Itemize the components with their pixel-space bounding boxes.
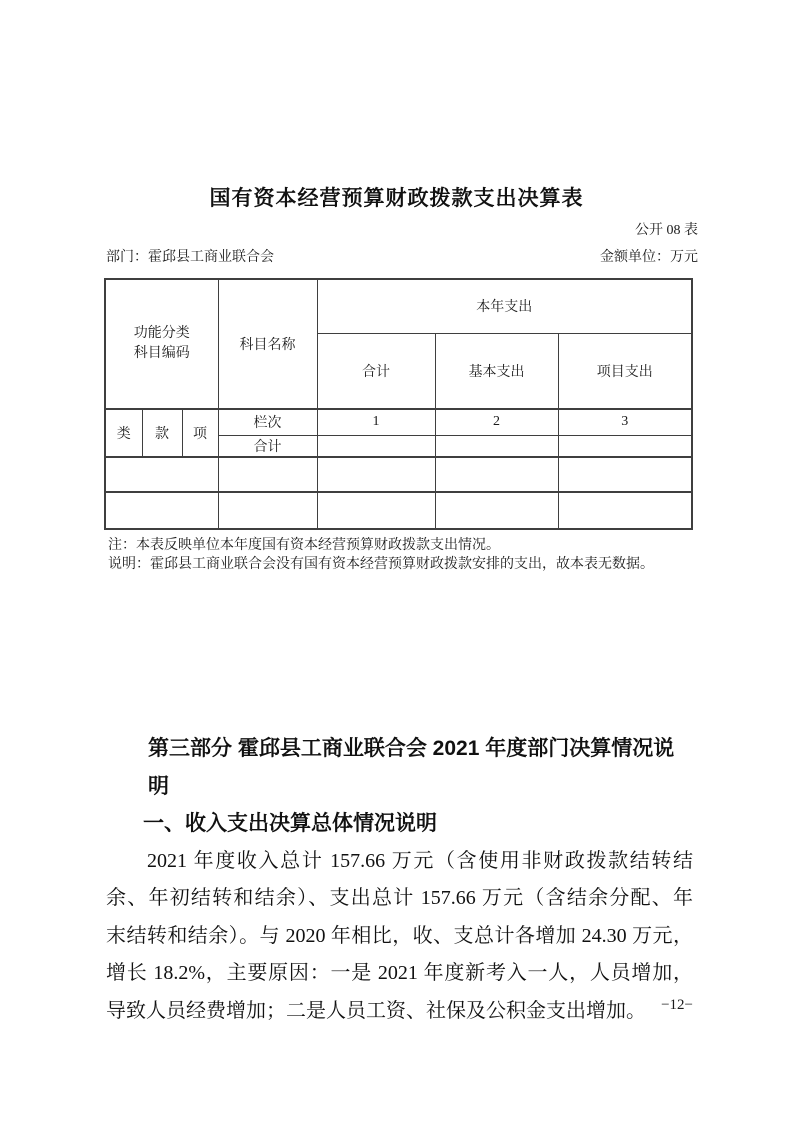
header-func-code: 功能分类 科目编码 xyxy=(105,279,218,409)
header-func-code-line2: 科目编码 xyxy=(106,344,218,364)
total-row-total-value xyxy=(317,435,435,457)
header-section: 款 xyxy=(142,409,182,457)
table-note: 注：本表反映单位本年度国有资本经营预算财政拨款支出情况。 xyxy=(108,536,500,555)
page-number: −12− xyxy=(661,995,693,1015)
paragraph-line: 增长 18.2%，主要原因：一是 2021 年度新考入一人，人员增加， xyxy=(106,955,693,993)
paragraph-line: 余、年初结转和结余）、支出总计 157.66 万元（含结余分配、年 xyxy=(106,880,693,918)
department-label: 部门：霍邱县工商业联合会 xyxy=(106,249,274,267)
column-index-label: 栏次 xyxy=(218,409,317,435)
header-func-code-line1: 功能分类 xyxy=(106,324,218,344)
expenditure-table: 功能分类 科目编码 科目名称 本年支出 合计 基本支出 项目支出 类 款 项 栏… xyxy=(104,278,693,530)
public-table-code: 公开 08 表 xyxy=(635,222,698,240)
amount-unit-label: 金额单位：万元 xyxy=(600,249,698,267)
page-title: 国有资本经营预算财政拨款支出决算表 xyxy=(0,185,793,213)
table-cell-empty xyxy=(218,492,317,529)
paragraph-line: 导致人员经费增加；二是人员工资、社保及公积金支出增加。 xyxy=(106,993,693,1031)
table-cell-empty xyxy=(558,457,692,492)
total-row-label: 合计 xyxy=(218,435,317,457)
total-row-basic-value xyxy=(435,435,558,457)
section-heading-part3: 第三部分 霍邱县工商业联合会 2021 年度部门决算情况说明 xyxy=(148,730,693,805)
table-cell-empty xyxy=(435,492,558,529)
document-page: 国有资本经营预算财政拨款支出决算表 公开 08 表 部门：霍邱县工商业联合会 金… xyxy=(0,0,793,1122)
budget-table: 功能分类 科目编码 科目名称 本年支出 合计 基本支出 项目支出 类 款 项 栏… xyxy=(104,278,693,530)
header-subject-name: 科目名称 xyxy=(218,279,317,409)
table-cell-empty xyxy=(558,492,692,529)
header-class: 类 xyxy=(105,409,142,457)
header-project-expenditure: 项目支出 xyxy=(558,333,692,409)
table-cell-empty xyxy=(105,457,218,492)
header-total: 合计 xyxy=(317,333,435,409)
narrative-section: 第三部分 霍邱县工商业联合会 2021 年度部门决算情况说明 一、收入支出决算总… xyxy=(106,730,693,1030)
table-explanation: 说明：霍邱县工商业联合会没有国有资本经营预算财政拨款安排的支出，故本表无数据。 xyxy=(108,555,654,574)
header-item: 项 xyxy=(182,409,218,457)
table-cell-empty xyxy=(317,457,435,492)
table-cell-empty xyxy=(317,492,435,529)
column-index-1: 1 xyxy=(317,409,435,435)
header-basic-expenditure: 基本支出 xyxy=(435,333,558,409)
table-cell-empty xyxy=(435,457,558,492)
column-index-3: 3 xyxy=(558,409,692,435)
paragraph-line: 末结转和结余）。与 2020 年相比，收、支总计各增加 24.30 万元， xyxy=(106,918,693,956)
column-index-2: 2 xyxy=(435,409,558,435)
paragraph-line: 2021 年度收入总计 157.66 万元（含使用非财政拨款结转结 xyxy=(106,843,693,881)
section-heading-overview: 一、收入支出决算总体情况说明 xyxy=(143,805,693,843)
table-cell-empty xyxy=(105,492,218,529)
table-cell-empty xyxy=(218,457,317,492)
total-row-project-value xyxy=(558,435,692,457)
header-current-year-expenditure: 本年支出 xyxy=(317,279,692,333)
